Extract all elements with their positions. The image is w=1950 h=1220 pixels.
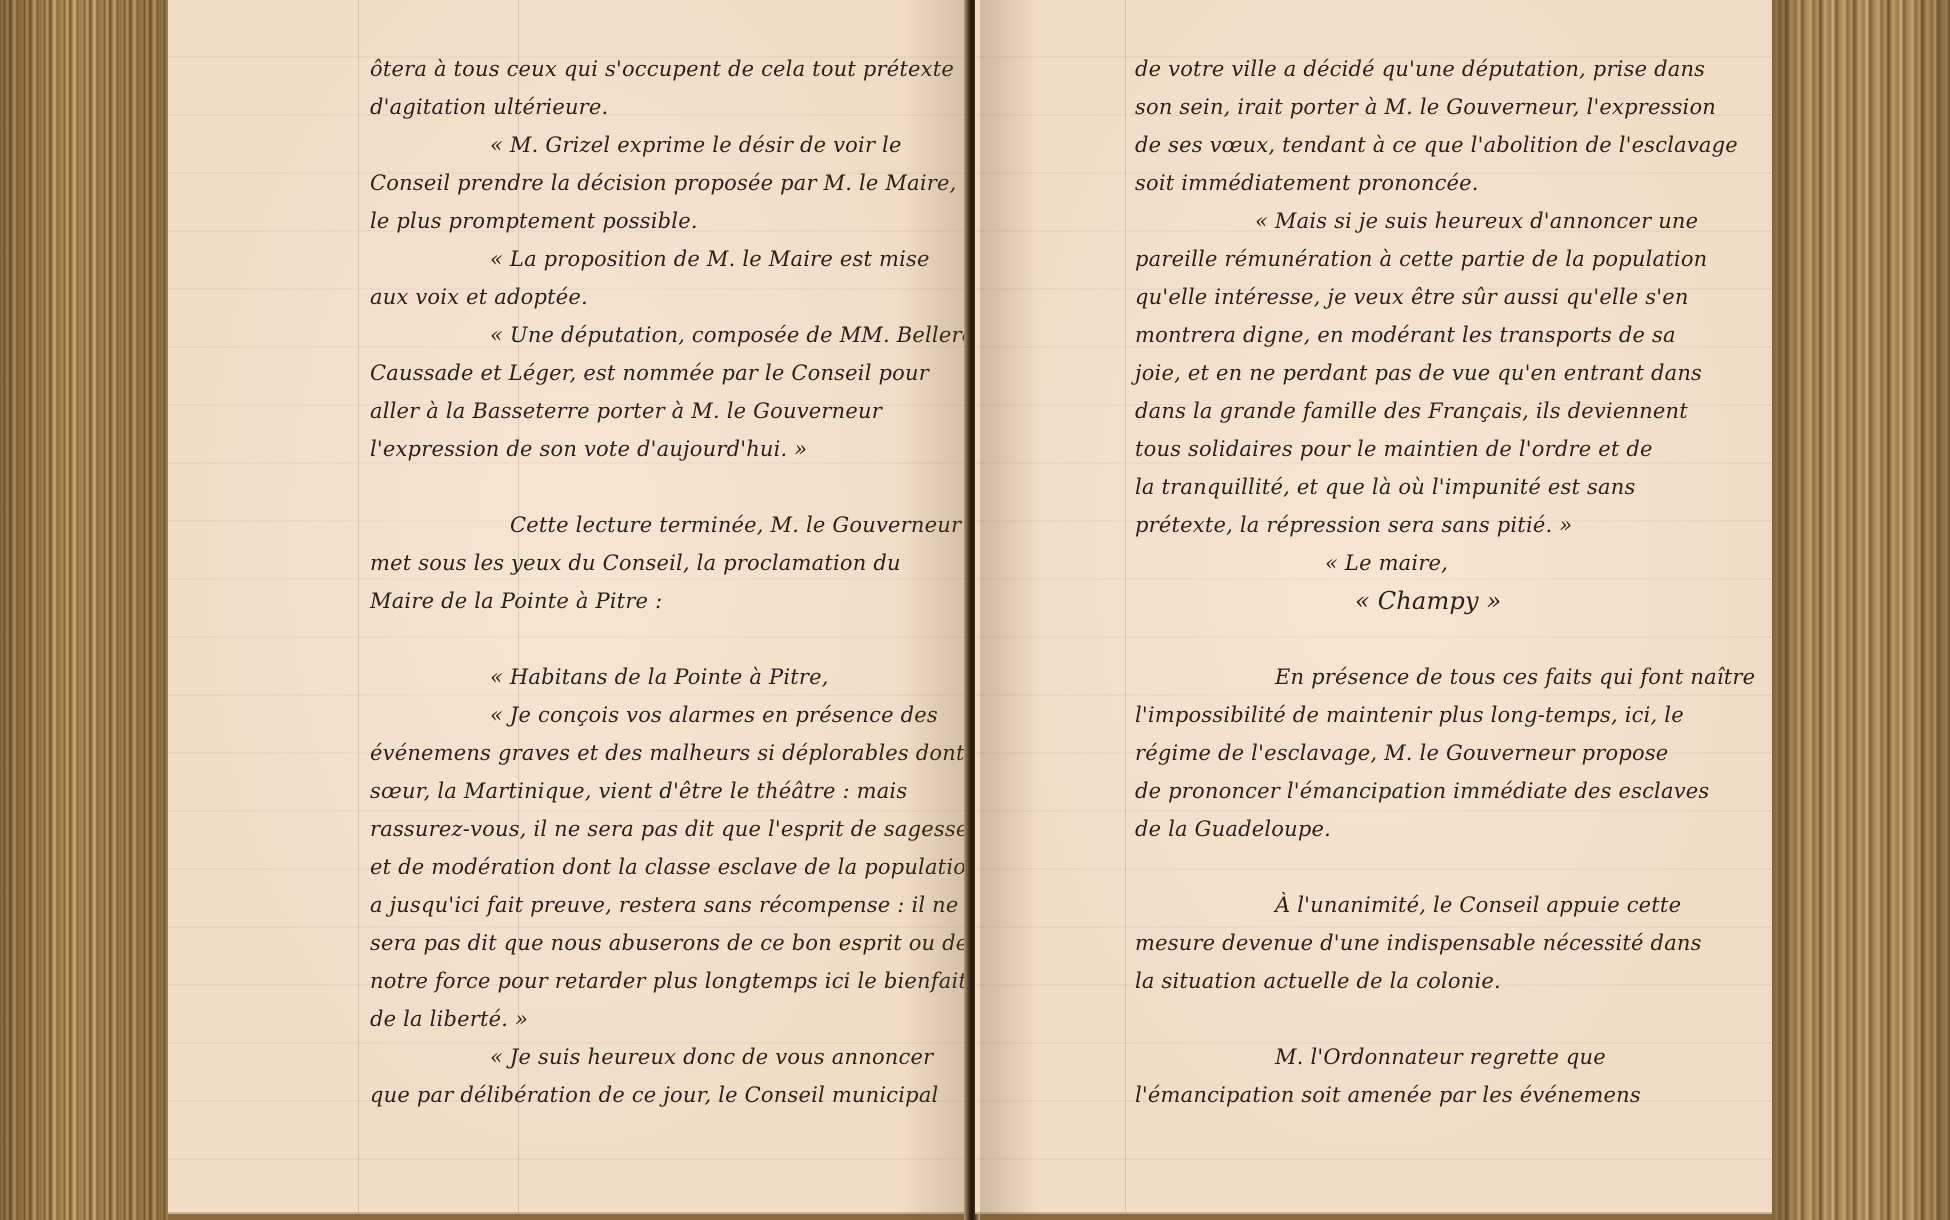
- handwritten-line: notre force pour retarder plus longtemps…: [370, 962, 950, 1000]
- handwritten-line: [1135, 620, 1715, 658]
- handwritten-line: soit immédiatement prononcée.: [1135, 164, 1715, 202]
- handwritten-line: l'impossibilité de maintenir plus long-t…: [1135, 696, 1715, 734]
- handwritten-line: la tranquillité, et que là où l'impunité…: [1135, 468, 1715, 506]
- handwritten-line: le plus promptement possible.: [370, 202, 950, 240]
- handwritten-line: de la Guadeloupe.: [1135, 810, 1715, 848]
- handwritten-line: M. l'Ordonnateur regrette que: [1135, 1038, 1715, 1076]
- left-margin-rule: [358, 0, 359, 1212]
- left-page: ôtera à tous ceux qui s'occupent de cela…: [168, 0, 968, 1214]
- handwritten-line: Caussade et Léger, est nommée par le Con…: [370, 354, 950, 392]
- handwritten-line: [1135, 1000, 1715, 1038]
- handwritten-line: dans la grande famille des Français, ils…: [1135, 392, 1715, 430]
- handwritten-line: son sein, irait porter à M. le Gouverneu…: [1135, 88, 1715, 126]
- handwritten-line: sera pas dit que nous abuserons de ce bo…: [370, 924, 950, 962]
- handwritten-line: d'agitation ultérieure.: [370, 88, 950, 126]
- right-page-edges: [1772, 0, 1950, 1220]
- gutter-shadow-right: [980, 0, 1040, 1220]
- handwritten-line: « Une députation, composée de MM. Beller…: [370, 316, 950, 354]
- handwritten-line: aller à la Basseterre porter à M. le Gou…: [370, 392, 950, 430]
- handwritten-line: aux voix et adoptée.: [370, 278, 950, 316]
- handwritten-line: de votre ville a décidé qu'une députatio…: [1135, 50, 1715, 88]
- handwritten-line: « Champy »: [1135, 582, 1715, 620]
- handwritten-line: « Je suis heureux donc de vous annoncer: [370, 1038, 950, 1076]
- handwritten-line: « Mais si je suis heureux d'annoncer une: [1135, 202, 1715, 240]
- handwritten-line: [1135, 848, 1715, 886]
- handwritten-line: de la liberté. »: [370, 1000, 950, 1038]
- handwritten-line: l'émancipation soit amenée par les événe…: [1135, 1076, 1715, 1114]
- handwritten-line: de ses vœux, tendant à ce que l'abolitio…: [1135, 126, 1715, 164]
- handwritten-line: joie, et en ne perdant pas de vue qu'en …: [1135, 354, 1715, 392]
- handwritten-line: « Habitans de la Pointe à Pitre,: [370, 658, 950, 696]
- handwritten-line: En présence de tous ces faits qui font n…: [1135, 658, 1715, 696]
- handwritten-line: rassurez-vous, il ne sera pas dit que l'…: [370, 810, 950, 848]
- handwritten-line: la situation actuelle de la colonie.: [1135, 962, 1715, 1000]
- handwritten-line: de prononcer l'émancipation immédiate de…: [1135, 772, 1715, 810]
- handwritten-line: « La proposition de M. le Maire est mise: [370, 240, 950, 278]
- handwritten-line: Conseil prendre la décision proposée par…: [370, 164, 950, 202]
- handwritten-line: qu'elle intéresse, je veux être sûr auss…: [1135, 278, 1715, 316]
- handwritten-line: l'expression de son vote d'aujourd'hui. …: [370, 430, 950, 468]
- right-page: de votre ville a décidé qu'une députatio…: [975, 0, 1772, 1214]
- handwritten-line: et de modération dont la classe esclave …: [370, 848, 950, 886]
- right-page-text: de votre ville a décidé qu'une députatio…: [1135, 50, 1715, 1114]
- handwritten-line: a jusqu'ici fait preuve, restera sans ré…: [370, 886, 950, 924]
- handwritten-line: événemens graves et des malheurs si dépl…: [370, 734, 950, 772]
- handwritten-line: mesure devenue d'une indispensable néces…: [1135, 924, 1715, 962]
- handwritten-line: « M. Grizel exprime le désir de voir le: [370, 126, 950, 164]
- handwritten-line: ôtera à tous ceux qui s'occupent de cela…: [370, 50, 950, 88]
- handwritten-line: montrera digne, en modérant les transpor…: [1135, 316, 1715, 354]
- handwritten-line: régime de l'esclavage, M. le Gouverneur …: [1135, 734, 1715, 772]
- handwritten-line: prétexte, la répression sera sans pitié.…: [1135, 506, 1715, 544]
- gutter-shadow-left: [900, 0, 964, 1220]
- handwritten-line: [370, 620, 950, 658]
- handwritten-line: Maire de la Pointe à Pitre :: [370, 582, 950, 620]
- handwritten-line: « Je conçois vos alarmes en présence des: [370, 696, 950, 734]
- left-page-text: ôtera à tous ceux qui s'occupent de cela…: [370, 50, 950, 1114]
- handwritten-line: Cette lecture terminée, M. le Gouverneur: [370, 506, 950, 544]
- handwritten-line: [370, 468, 950, 506]
- handwritten-line: pareille rémunération à cette partie de …: [1135, 240, 1715, 278]
- handwritten-line: sœur, la Martinique, vient d'être le thé…: [370, 772, 950, 810]
- handwritten-line: met sous les yeux du Conseil, la proclam…: [370, 544, 950, 582]
- left-page-edges: [0, 0, 168, 1220]
- right-margin-rule: [1125, 0, 1126, 1212]
- handwritten-line: « Le maire,: [1135, 544, 1715, 582]
- handwritten-line: À l'unanimité, le Conseil appuie cette: [1135, 886, 1715, 924]
- handwritten-line: que par délibération de ce jour, le Cons…: [370, 1076, 950, 1114]
- handwritten-line: tous solidaires pour le maintien de l'or…: [1135, 430, 1715, 468]
- open-register-book: ôtera à tous ceux qui s'occupent de cela…: [0, 0, 1950, 1220]
